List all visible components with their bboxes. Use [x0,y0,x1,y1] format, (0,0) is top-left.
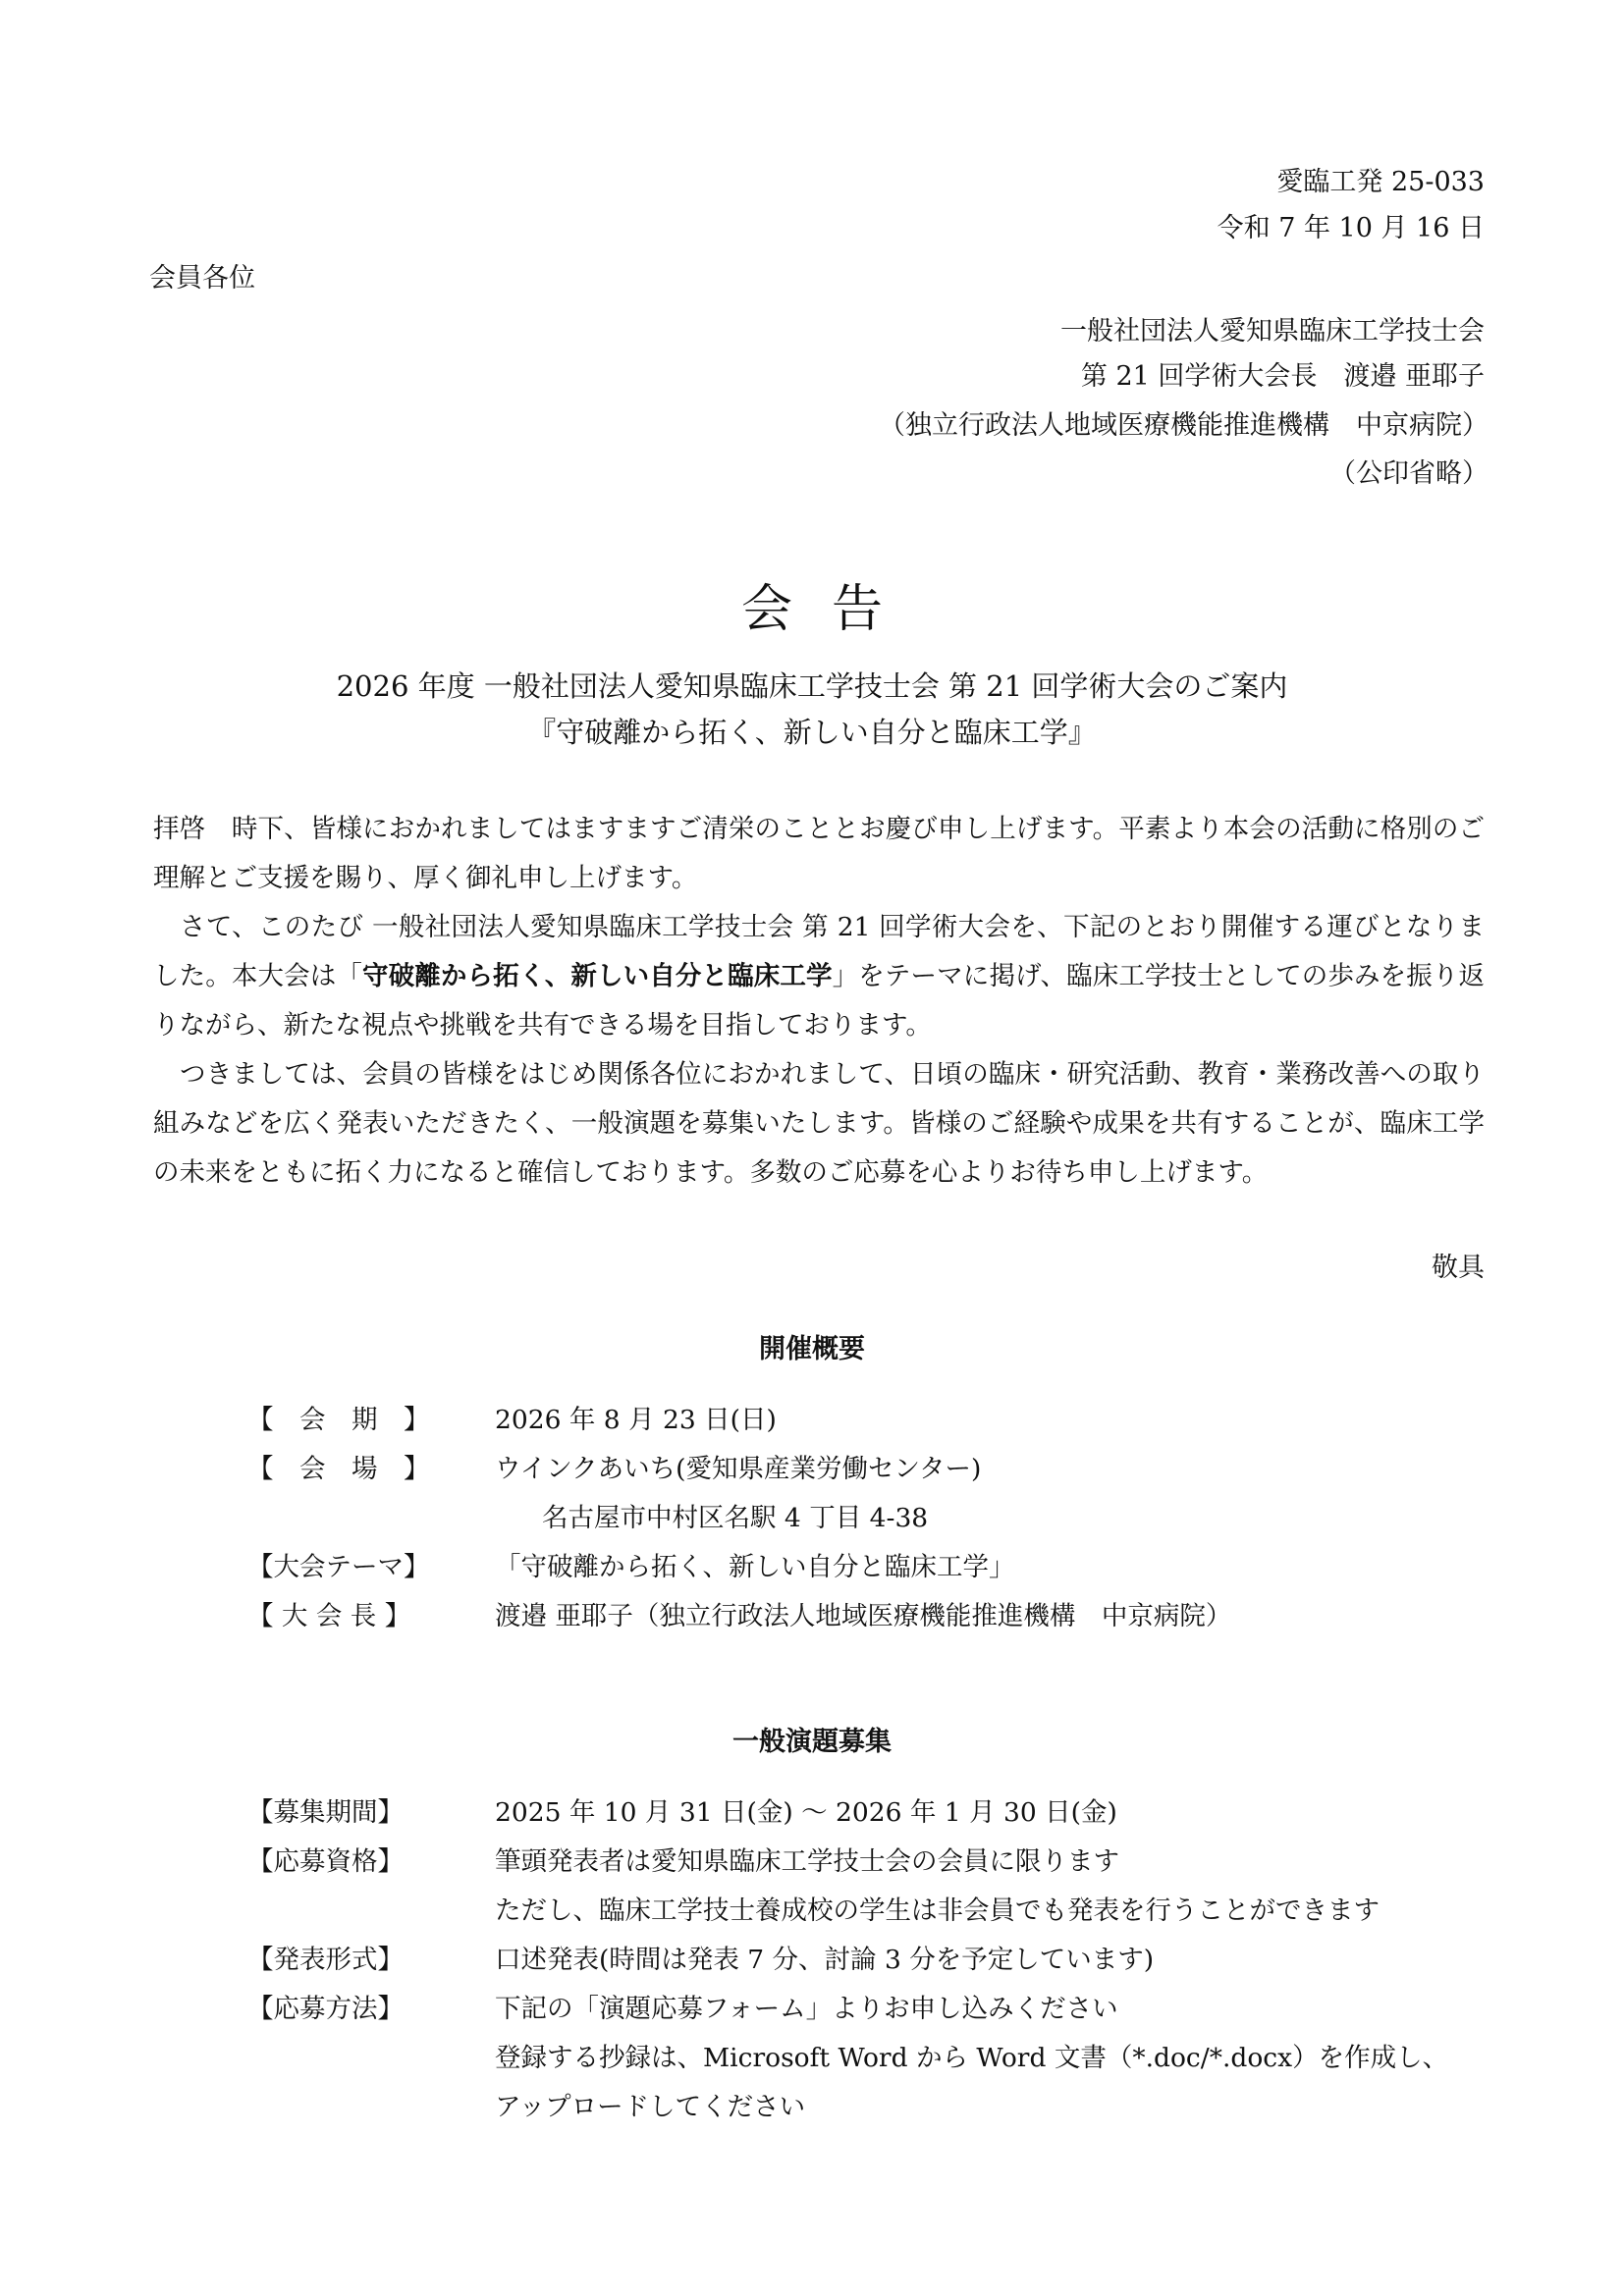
greeting-paragraph: 拝啓 時下、皆様におかれましてはますますご清栄のこととお慶び申し上げます。平素よ… [153,805,1485,903]
method-note-1: 登録する抄録は、Microsoft Word から Word 文書（*.doc/… [495,2039,1448,2078]
call-for-abstracts-heading: 一般演題募集 [0,1720,1624,1758]
cfa-row-eligibility: 【応募資格】筆頭発表者は愛知県臨床工学技士会の会員に限ります [247,1842,1119,1882]
cfa-row-method: 【応募方法】下記の「演題応募フォーム」よりお申し込みください [247,1990,1118,2029]
overview-row-venue: 【 会 場 】ウインクあいち(愛知県産業労働センター) [247,1450,981,1489]
overview-row-president: 【 大 会 長 】渡邉 亜耶子（独立行政法人地域医療機能推進機構 中京病院） [247,1597,1231,1636]
venue-address: 名古屋市中村区名駅 4 丁目 4-38 [542,1499,928,1538]
overview-value: 2026 年 8 月 23 日(日) [495,1401,777,1440]
cfa-label: 【発表形式】 [247,1941,495,1980]
overview-value: 「守破離から拓く、新しい自分と臨床工学」 [495,1548,1014,1587]
cfa-label: 【応募方法】 [247,1990,495,2029]
overview-heading: 開催概要 [0,1327,1624,1365]
overview-label: 【 大 会 長 】 [247,1597,495,1636]
cfa-row-period: 【募集期間】2025 年 10 月 31 日(金) 〜 2026 年 1 月 3… [247,1793,1117,1833]
cfa-value: 口述発表(時間は発表 7 分、討論 3 分を予定しています) [495,1941,1154,1980]
overview-label: 【 会 期 】 [247,1401,495,1440]
issue-date: 令和 7 年 10 月 16 日 [1218,209,1485,248]
seal-note: （公印省略） [1329,454,1489,494]
subtitle-line-2: 『守破離から拓く、新しい自分と臨床工学』 [0,713,1624,752]
sender-title-name: 第 21 回学術大会長 渡邉 亜耶子 [1081,357,1485,397]
overview-label: 【 会 場 】 [247,1450,495,1489]
recipient: 会員各位 [149,259,255,298]
page-title: 会告 [0,567,1624,641]
document-page: 愛臨工発 25-033 令和 7 年 10 月 16 日 会員各位 一般社団法人… [0,0,1624,2296]
sender-affiliation: （独立行政法人地域医療機能推進機構 中京病院） [879,406,1489,446]
subtitle-line-1: 2026 年度 一般社団法人愛知県臨床工学技士会 第 21 回学術大会のご案内 [0,667,1624,706]
sender-organization: 一般社団法人愛知県臨床工学技士会 [1060,312,1485,351]
body-text: 拝啓 時下、皆様におかれましてはますますご清栄のこととお慶び申し上げます。平素よ… [153,805,1485,1198]
eligibility-note: ただし、臨床工学技士養成校の学生は非会員でも発表を行うことができます [495,1892,1380,1931]
cfa-label: 【応募資格】 [247,1842,495,1882]
invitation-paragraph: つきましては、会員の皆様をはじめ関係各位におかれまして、日頃の臨床・研究活動、教… [153,1050,1485,1198]
closing-word: 敬具 [1432,1249,1485,1288]
cfa-label: 【募集期間】 [247,1793,495,1833]
cfa-value: 2025 年 10 月 31 日(金) 〜 2026 年 1 月 30 日(金) [495,1793,1117,1833]
theme-emphasis: 守破離から拓く、新しい自分と臨床工学 [362,961,833,991]
cfa-value: 筆頭発表者は愛知県臨床工学技士会の会員に限ります [495,1842,1119,1882]
overview-value: ウインクあいち(愛知県産業労働センター) [495,1450,981,1489]
overview-row-date: 【 会 期 】2026 年 8 月 23 日(日) [247,1401,777,1440]
overview-value: 渡邉 亜耶子（独立行政法人地域医療機能推進機構 中京病院） [495,1597,1231,1636]
document-number: 愛臨工発 25-033 [1276,163,1485,202]
overview-label: 【大会テーマ】 [247,1548,495,1587]
method-note-2: アップロードしてください [495,2088,805,2127]
cfa-row-format: 【発表形式】口述発表(時間は発表 7 分、討論 3 分を予定しています) [247,1941,1154,1980]
overview-row-theme: 【大会テーマ】「守破離から拓く、新しい自分と臨床工学」 [247,1548,1014,1587]
announcement-paragraph: さて、このたび 一般社団法人愛知県臨床工学技士会 第 21 回学術大会を、下記の… [153,903,1485,1050]
cfa-value: 下記の「演題応募フォーム」よりお申し込みください [495,1990,1118,2029]
